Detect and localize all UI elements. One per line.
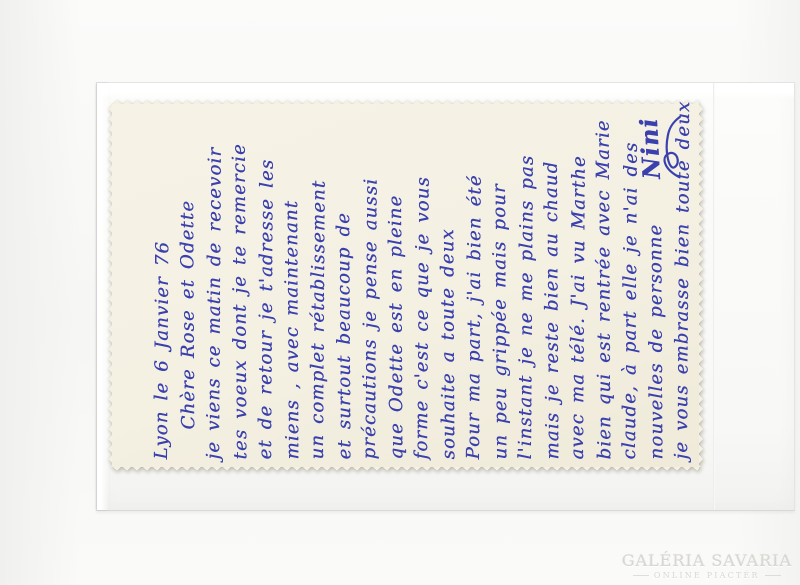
letter-line: et de retour je t'adresse les xyxy=(253,115,281,459)
watermark-dash-right xyxy=(765,575,781,576)
letter-line: bien qui est rentrée avec Marie xyxy=(591,115,619,459)
letter-line: mais je reste bien au chaud xyxy=(539,115,567,459)
letter-line: Chère Rose et Odette xyxy=(175,115,203,459)
photo-stage: Lyon le 6 Janvier 76 Chère Rose et Odett… xyxy=(0,0,800,585)
letter-line: l'instant je ne me plains pas xyxy=(513,115,541,459)
letter-line: forme c'est ce que je vous xyxy=(409,115,437,459)
watermark-subtitle-row: ONLINE PIACTÉR xyxy=(622,571,792,580)
letter-line: je viens ce matin de recevoir xyxy=(201,115,229,459)
watermark-title: GALÉRIA SAVARIA xyxy=(622,551,792,570)
handwritten-letter-card: Lyon le 6 Janvier 76 Chère Rose et Odett… xyxy=(108,100,703,471)
watermark-dash-left xyxy=(633,575,649,576)
letter-line: Pour ma part, j'ai bien été xyxy=(461,115,489,459)
letter-line: un peu grippée mais pour xyxy=(487,115,515,459)
watermark: GALÉRIA SAVARIA ONLINE PIACTÉR xyxy=(622,551,792,580)
letter-line: tes voeux dont je te remercie xyxy=(227,115,255,459)
letter-line: miens , avec maintenant xyxy=(279,115,307,459)
signature-name: Nini xyxy=(634,117,666,180)
watermark-subtitle: ONLINE PIACTÉR xyxy=(654,571,760,580)
sleeve-fold-right xyxy=(713,83,715,510)
letter-line: souhaite a toute deux xyxy=(435,115,463,459)
letter-line: que Odette est en pleine xyxy=(383,115,411,459)
letter-line: précautions je pense aussi xyxy=(357,115,385,459)
letter-line: Lyon le 6 Janvier 76 xyxy=(149,115,177,459)
letter-line: et surtout beaucoup de xyxy=(331,115,359,459)
letter-line: un complet rétablissement xyxy=(305,115,333,459)
sleeve-fold-top xyxy=(97,83,794,100)
signature: Nini xyxy=(635,104,701,191)
letter-text: Lyon le 6 Janvier 76 Chère Rose et Odett… xyxy=(114,106,699,466)
letter-line: avec ma télé. J'ai vu Marthe xyxy=(565,115,593,459)
deckle-edge-bottom xyxy=(112,467,699,471)
